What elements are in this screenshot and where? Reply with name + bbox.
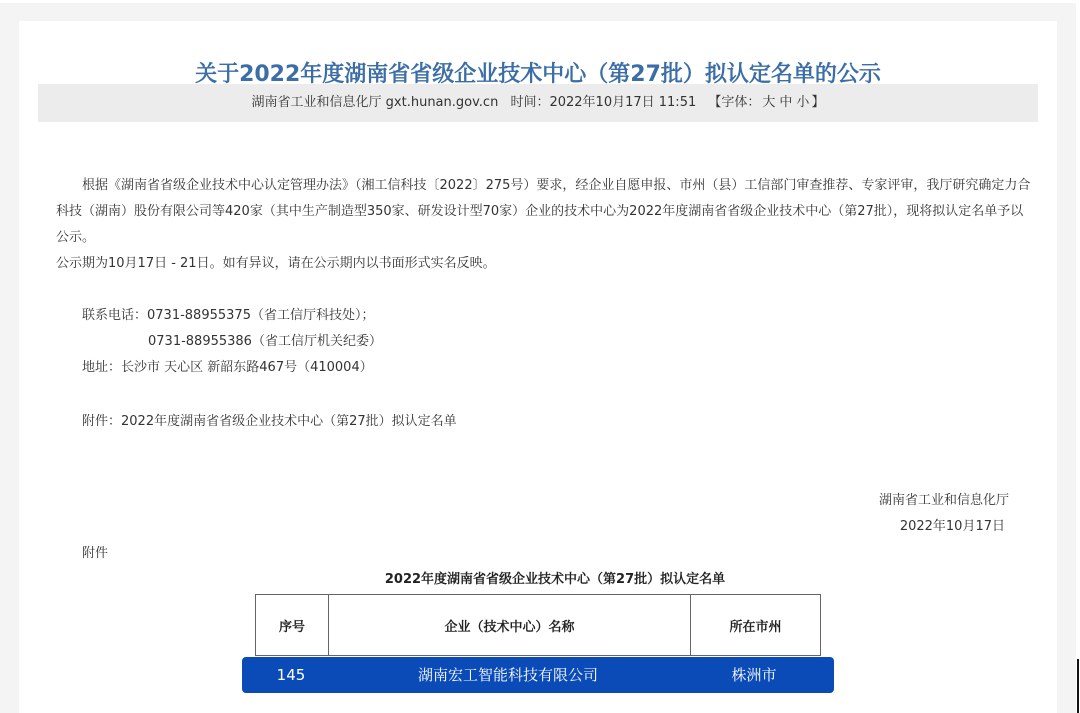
article-panel: 关于2022年度湖南省省级企业技术中心（第27批）拟认定名单的公示 湖南省工业和… — [19, 21, 1057, 713]
font-size-small[interactable]: 小 — [796, 95, 809, 110]
contact-info: 联系电话：0731-88955375（省工信厅科技处）； 0731-889553… — [82, 303, 382, 381]
font-size-switcher: 【字体：大中小】 — [708, 95, 824, 110]
table-title: 2022年度湖南省省级企业技术中心（第27批）拟认定名单 — [255, 567, 855, 593]
attachment-label: 附件 — [82, 541, 108, 567]
meta-time-label: 时间： — [510, 95, 549, 110]
highlighted-table-row: 145 湖南宏工智能科技有限公司 株洲市 — [242, 657, 834, 693]
paragraph-period: 公示期为10月17日 - 21日。如有异议，请在公示期内以书面形式实名反映。 — [56, 251, 1031, 277]
attachment-link: 附件：2022年度湖南省省级企业技术中心（第27批）拟认定名单 — [82, 409, 457, 435]
phone-number-1: 0731-88955375（省工信厅科技处）； — [147, 308, 374, 323]
meta-time: 时间：2022年10月17日 11:51 — [510, 95, 696, 110]
font-size-suffix: 】 — [811, 95, 824, 110]
table-header-row: 序号 企业（技术中心）名称 所在市州 — [256, 595, 821, 656]
address-label: 地址： — [82, 360, 121, 375]
signoff: 湖南省工业和信息化厅 2022年10月17日 — [859, 488, 1009, 540]
article-meta-bar: 湖南省工业和信息化厅 gxt.hunan.gov.cn 时间：2022年10月1… — [38, 84, 1038, 122]
meta-time-value: 2022年10月17日 11:51 — [549, 95, 696, 110]
row-city: 株洲市 — [689, 657, 819, 693]
meta-source: 湖南省工业和信息化厅 gxt.hunan.gov.cn — [252, 95, 499, 110]
signoff-org: 湖南省工业和信息化厅 — [859, 488, 1009, 514]
phone-label: 联系电话： — [82, 308, 147, 323]
header-serial: 序号 — [256, 595, 329, 656]
contact-phone-1: 联系电话：0731-88955375（省工信厅科技处）； — [82, 303, 382, 329]
header-company-name: 企业（技术中心）名称 — [329, 595, 691, 656]
contact-phone-2: 0731-88955386（省工信厅机关纪委） — [82, 329, 382, 355]
nominee-table: 序号 企业（技术中心）名称 所在市州 — [255, 594, 821, 656]
article-body: 根据《湖南省省级企业技术中心认定管理办法》（湘工信科技〔2022〕275号）要求… — [56, 173, 1031, 277]
row-serial: 145 — [255, 657, 327, 693]
address-value: 长沙市 天心区 新韶东路467号（410004） — [121, 360, 373, 375]
paragraph-main: 根据《湖南省省级企业技术中心认定管理办法》（湘工信科技〔2022〕275号）要求… — [56, 173, 1031, 251]
contact-address: 地址：长沙市 天心区 新韶东路467号（410004） — [82, 355, 382, 381]
header-city: 所在市州 — [691, 595, 821, 656]
font-size-prefix: 【字体： — [708, 95, 760, 110]
font-size-medium[interactable]: 中 — [779, 95, 792, 110]
signoff-date: 2022年10月17日 — [859, 514, 1009, 540]
row-company-name: 湖南宏工智能科技有限公司 — [327, 657, 689, 693]
font-size-large[interactable]: 大 — [762, 95, 775, 110]
edge-divider — [1077, 659, 1079, 713]
